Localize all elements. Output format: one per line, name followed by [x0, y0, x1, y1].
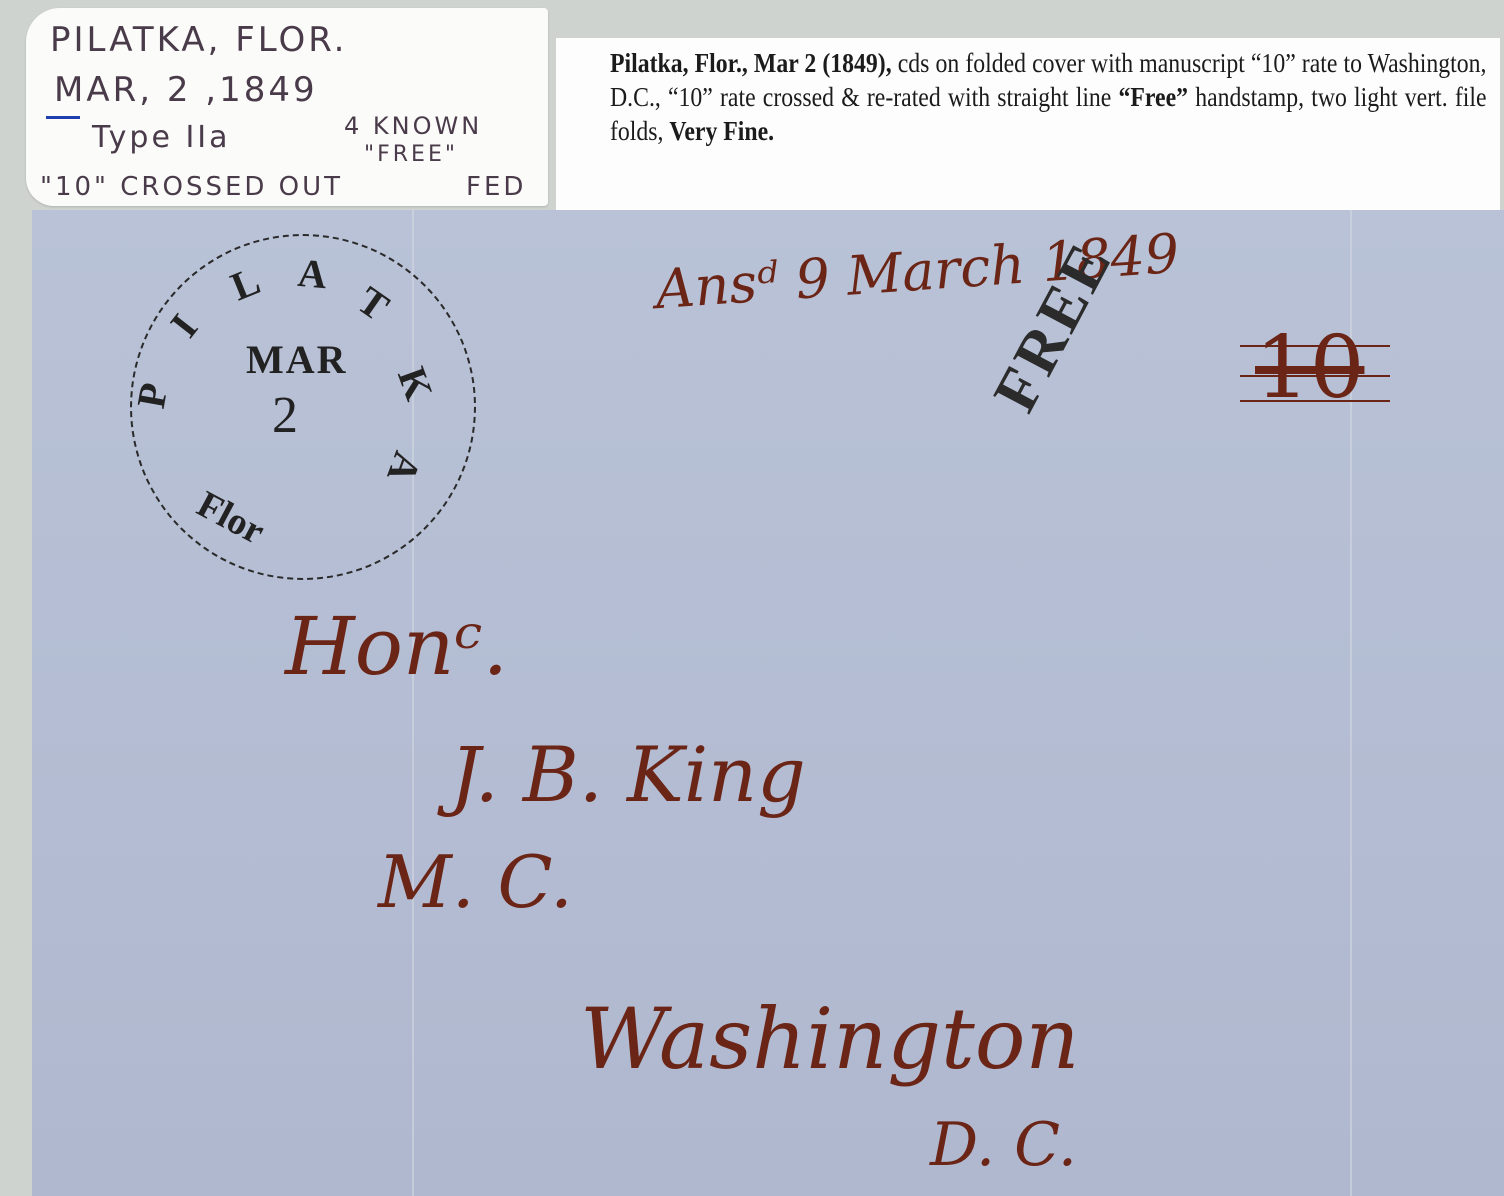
address-city: Washington	[580, 990, 1080, 1088]
postmark-letter-a: A	[296, 249, 329, 298]
address-district: D. C.	[930, 1110, 1077, 1180]
postmark-month: MAR	[246, 336, 348, 383]
address-title: M. C.	[378, 840, 573, 924]
collector-note-card: PILATKA, FLOR. MAR, 2 ,1849 Type IIa 4 K…	[26, 8, 548, 206]
note-date: MAR, 2 ,1849	[54, 70, 318, 110]
postmark-letter-p: P	[127, 379, 178, 411]
postmark-day: 2	[272, 386, 298, 445]
postmark-letter-l: L	[224, 257, 266, 311]
postmark-letter-k: K	[388, 361, 443, 406]
rate-cross-line	[1240, 400, 1390, 402]
postmark-state: Flor	[190, 482, 272, 554]
description-card: Pilatka, Flor., Mar 2 (1849), cds on fol…	[556, 38, 1500, 214]
blue-mark	[46, 116, 80, 119]
postmark-letter-t: T	[349, 277, 398, 331]
address-name: J. B. King	[450, 730, 806, 819]
postmark-letter-a2: A	[377, 446, 431, 489]
description-lead: Pilatka, Flor., Mar 2 (1849),	[610, 48, 892, 78]
rate-cross-line	[1240, 375, 1390, 377]
note-fed: FED	[466, 172, 526, 202]
description-grade: Very Fine.	[669, 116, 774, 146]
note-town: PILATKA, FLOR.	[50, 20, 347, 60]
description-free: “Free”	[1119, 82, 1188, 112]
postmark-letter-i: I	[160, 305, 207, 346]
note-crossed-out: "10" CROSSED OUT	[40, 172, 343, 202]
address-honorific: Honᶜ.	[285, 600, 508, 693]
description-text: Pilatka, Flor., Mar 2 (1849), cds on fol…	[610, 46, 1486, 148]
postmark-cds: P I L A T K A MAR 2 Flor	[130, 234, 476, 580]
crossed-rate: 10	[1255, 318, 1364, 418]
note-free: "FREE"	[364, 142, 458, 167]
rate-cross-line	[1240, 345, 1390, 347]
note-type: Type IIa	[92, 120, 231, 155]
note-known: 4 KNOWN	[344, 112, 482, 140]
